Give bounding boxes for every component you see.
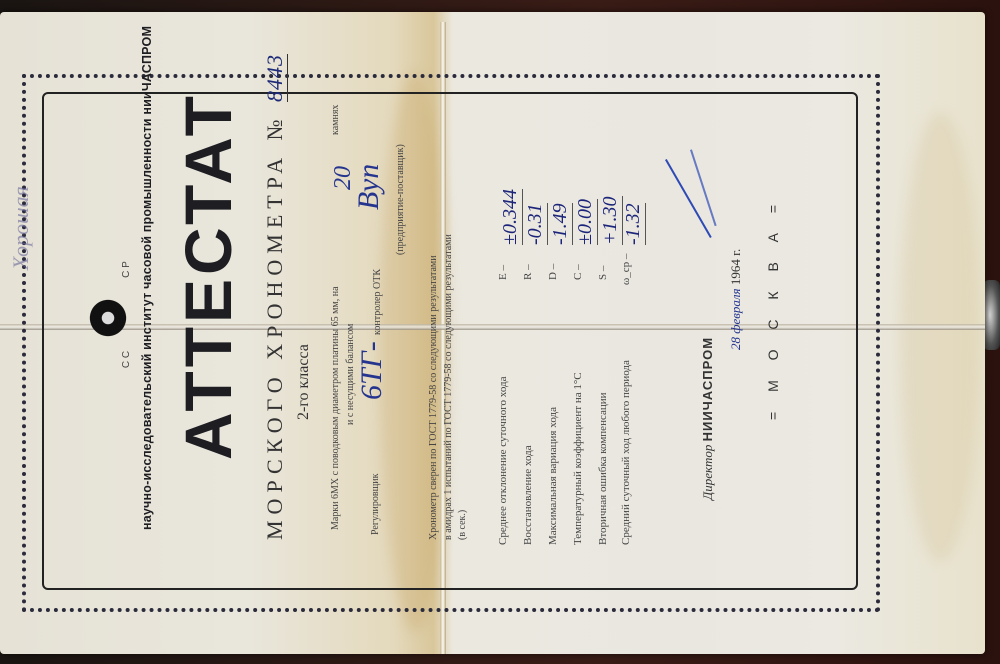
- result-value: ±0.344: [499, 189, 523, 245]
- result-symbol: R –: [522, 264, 534, 280]
- result-symbol: C –: [572, 264, 584, 280]
- serial-number: 8443: [262, 54, 288, 102]
- result-value: +1.30: [599, 197, 623, 246]
- otk-caption: (предприятие-поставщик): [395, 144, 406, 255]
- result-symbol: D –: [547, 264, 559, 280]
- city: = М О С К В А =: [765, 197, 781, 420]
- regulator-label: Регулировщик: [370, 473, 381, 535]
- result-label: Среднее отклонение суточного хода: [497, 376, 509, 545]
- unit-label: (в сек.): [457, 510, 468, 540]
- institute-name: научно-исследовательский институт часово…: [140, 26, 154, 530]
- document-title: АТТЕСТАТ: [170, 92, 246, 460]
- chrono-line-2: в амидрах 1 испытаний по ГОСТ 1779-58 со…: [443, 234, 454, 540]
- date: 28 февраля 1964 г.: [728, 249, 744, 350]
- stones-label: камнях: [330, 105, 341, 135]
- director-org: НИИЧАСПРОМ: [700, 337, 715, 441]
- date-year: 1964 г.: [728, 249, 743, 285]
- stain: [900, 112, 980, 562]
- result-label: Максимальная вариация хода: [547, 407, 559, 545]
- pencil-note: Хорошая: [8, 186, 34, 270]
- result-label: Восстановление хода: [522, 445, 534, 545]
- date-day: 28: [728, 337, 743, 350]
- result-value: -1.32: [622, 203, 646, 245]
- binder-clip: [983, 280, 1000, 350]
- otk-label: контролер ОТК: [372, 269, 383, 335]
- regulator-signature: 6ТГ-: [355, 341, 389, 400]
- result-value: ±0.00: [574, 199, 598, 245]
- director-line: Директор НИИЧАСПРОМ: [700, 337, 716, 500]
- chrono-line-1: Хронометр сверен по ГОСТ 1779-58 со след…: [428, 255, 439, 540]
- result-label: Температурный коэффициент на 1°С: [572, 372, 584, 545]
- mark-line: Марки 6МХ с поводковым диаметром платины…: [330, 286, 341, 530]
- otk-signature: Вуп: [352, 164, 386, 210]
- result-label: Вторичная ошибка компенсации: [597, 392, 609, 545]
- date-month: февраля: [728, 288, 743, 333]
- ussr-emblem-icon: [88, 296, 128, 340]
- result-value: -0.31: [524, 203, 548, 245]
- class-label: 2-го класса: [295, 344, 313, 420]
- emblem-letters-top: С Р: [121, 261, 132, 278]
- result-value: -1.49: [549, 203, 573, 245]
- result-label: Средний суточный ход любого периода: [620, 360, 632, 545]
- result-symbol: E –: [497, 265, 509, 280]
- director-label: Директор: [700, 445, 715, 500]
- result-symbol: ω_ср –: [620, 254, 632, 285]
- result-symbol: S –: [597, 266, 609, 280]
- subtitle: МОРСКОГО ХРОНОМЕТРА № 8443: [262, 54, 288, 540]
- emblem-letters-bottom: С С: [121, 351, 132, 368]
- subtitle-text: МОРСКОГО ХРОНОМЕТРА №: [262, 114, 287, 541]
